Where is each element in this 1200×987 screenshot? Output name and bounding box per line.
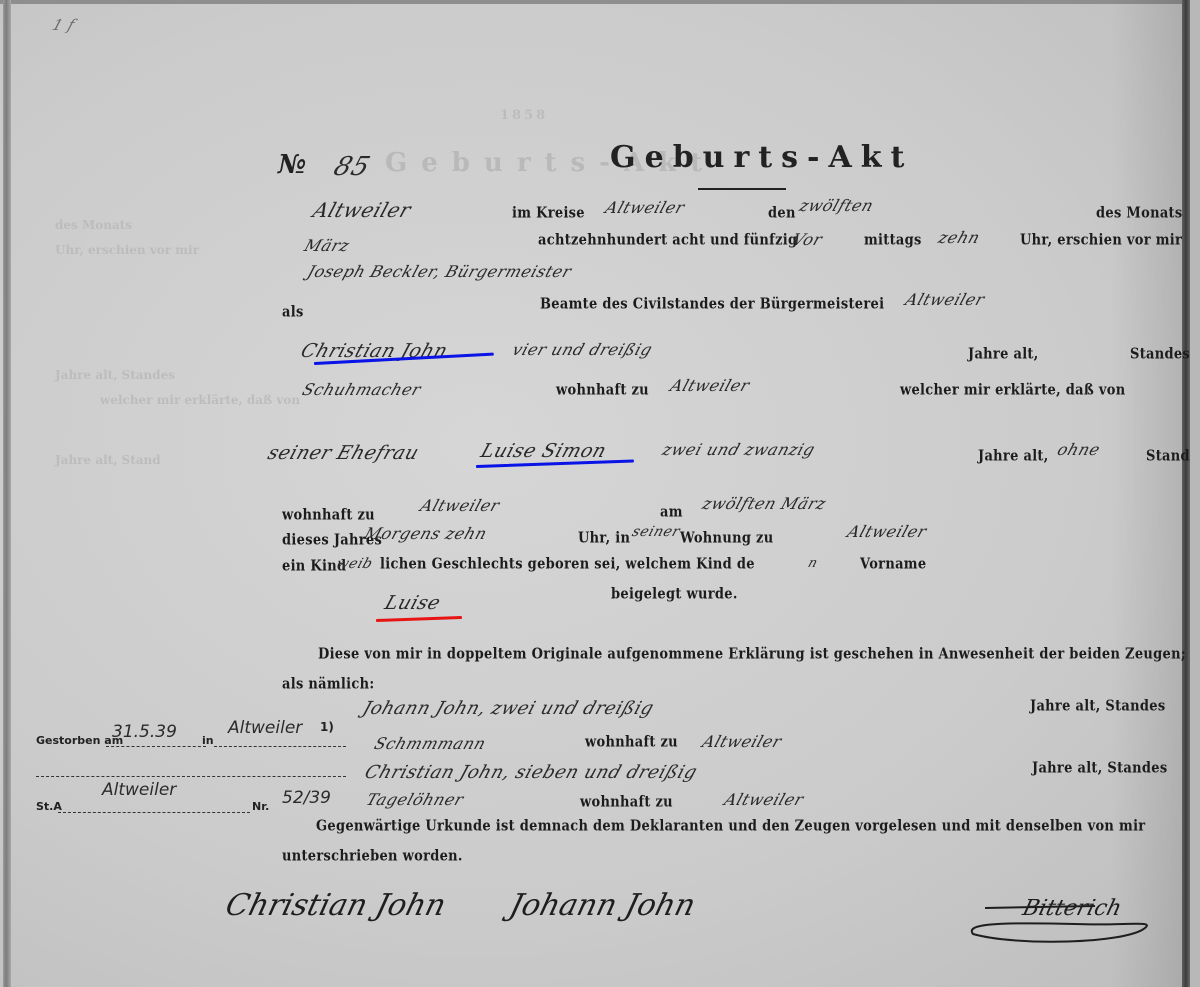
label-nr: Nr. [252,800,269,813]
field-witness2-residence: Altweiler [722,790,806,809]
declaration-text: Diese von mir in doppeltem Originale auf… [318,646,1186,663]
ghost-text: welcher mir erklärte, daß von [100,393,300,407]
label-wohnhaft: wohnhaft zu [282,507,375,524]
field-buergermeisterei: Altweiler [903,290,987,309]
label-geschlechts: lichen Geschlechts geboren sei, welchem … [380,556,755,573]
field-birth-date: zwölften März [700,494,829,513]
field-official: Joseph Beckler, Bürgermeister [305,262,574,281]
field-month: März [302,236,352,255]
field-witness1-occupation: Schmmmann [372,734,489,753]
closing-line-1: Gegenwärtige Urkunde ist demnach dem Dek… [316,818,1145,835]
label-year: achtzehnhundert acht und fünfzig [538,232,797,249]
label-wohnhaft: wohnhaft zu [580,794,673,811]
margin-note: 1 f [50,16,77,34]
page-title: Geburts-Akt [610,140,913,175]
field-declarant-occupation: Schuhmacher [300,380,424,399]
signature-flourish [955,900,1175,950]
field-witness1-name-age: Johann John, zwei und dreißig [360,698,657,719]
label-als-naemlich: als nämlich: [282,676,374,693]
label-den: den [768,205,796,222]
label-als: als [282,304,304,321]
dotted-line [106,746,206,747]
field-dwelling: seiner [630,524,682,540]
field-witness2-occupation: Tagelöhner [364,790,466,809]
ghost-year: 1858 [500,108,548,123]
page-shadow [1110,0,1182,987]
ghost-text: Jahre alt, Stand [55,453,161,467]
field-kreis: Altweiler [603,198,687,217]
label-beigelegt: beigelegt wurde. [611,586,738,603]
field-death-place: Altweiler [228,718,302,738]
field-death-date: 31.5.39 [112,722,177,742]
next-page-edge [1190,0,1200,987]
ghost-text: Uhr, erschien vor mir [55,243,199,257]
label-jahre-alt: Jahre alt, [978,448,1049,465]
ghost-text: Jahre alt, Standes [55,368,175,382]
field-day: zwölften [797,196,876,215]
field-witness1-residence: Altweiler [700,732,784,751]
field-register-number: 52/39 [282,788,331,808]
field-standesamt-place: Altweiler [102,780,176,800]
red-underline-given-name [376,616,462,622]
label-beamte: Beamte des Civilstandes der Bürgermeiste… [540,296,884,313]
field-mother-age: zwei und zwanzig [660,440,818,459]
number-sign: № [278,150,306,180]
label-uhr-in: Uhr, in [578,530,630,547]
closing-line-2: unterschrieben worden. [282,848,463,865]
label-in: in [202,734,214,747]
label-wohnhaft: wohnhaft zu [556,382,649,399]
label-jahre-alt-standes: Jahre alt, Standes [1032,760,1167,777]
binding-gutter-right [1182,0,1190,987]
label-erklaerte: welcher mir erklärte, daß von [900,382,1125,399]
field-declarant-residence: Altweiler [668,376,752,395]
field-hour: zehn [936,228,983,247]
label-am: am [660,504,683,521]
field-mother-stand: ohne [1055,440,1103,459]
dotted-line [36,776,346,777]
footnote-marker: 1) [320,720,334,734]
title-underline [698,188,786,190]
label-jahre-alt-standes: Jahre alt, Standes [1030,698,1165,715]
label-standes: Standes [1130,346,1190,363]
label-im-kreise: im Kreise [512,205,585,222]
label-wohnhaft: wohnhaft zu [585,734,678,751]
dotted-line [214,746,346,747]
document-page: 1 f 1858 Geburts-Akt des Monats Uhr, ers… [0,0,1200,987]
field-declarant-age: vier und dreißig [510,340,655,359]
field-given-name: Luise [382,592,444,614]
field-article-suffix: n [806,556,820,571]
ghost-text: des Monats [55,218,132,232]
label-erschien: Uhr, erschien vor mir [1020,232,1182,249]
label-mittags: mittags [864,232,922,249]
label-wohnung: Wohnung zu [680,530,773,547]
label-jahre-alt: Jahre alt, [968,346,1039,363]
label-des-monats: des Monats [1096,205,1182,222]
field-witness2-name-age: Christian John, sieben und dreißig [362,762,700,783]
field-time-of-day: Vor [790,230,825,249]
field-sex: weib [334,556,375,572]
label-vorname: Vorname [860,556,926,573]
field-place: Altweiler [310,198,414,222]
page-top-edge [0,0,1200,4]
label-stand: Stand [1146,448,1190,465]
signature-witness: Johann John [506,888,699,923]
field-birth-time: Morgens zehn [362,524,490,543]
field-mother-residence: Altweiler [418,496,502,515]
field-mother-prefix: seiner Ehefrau [265,442,422,464]
binding-gutter-left [3,0,11,987]
field-mother-name: Luise Simon [478,440,609,462]
record-number: 85 [330,152,374,182]
dotted-line [58,812,250,813]
signature-declarant: Christian John [222,888,449,923]
field-birth-place: Altweiler [845,522,929,541]
